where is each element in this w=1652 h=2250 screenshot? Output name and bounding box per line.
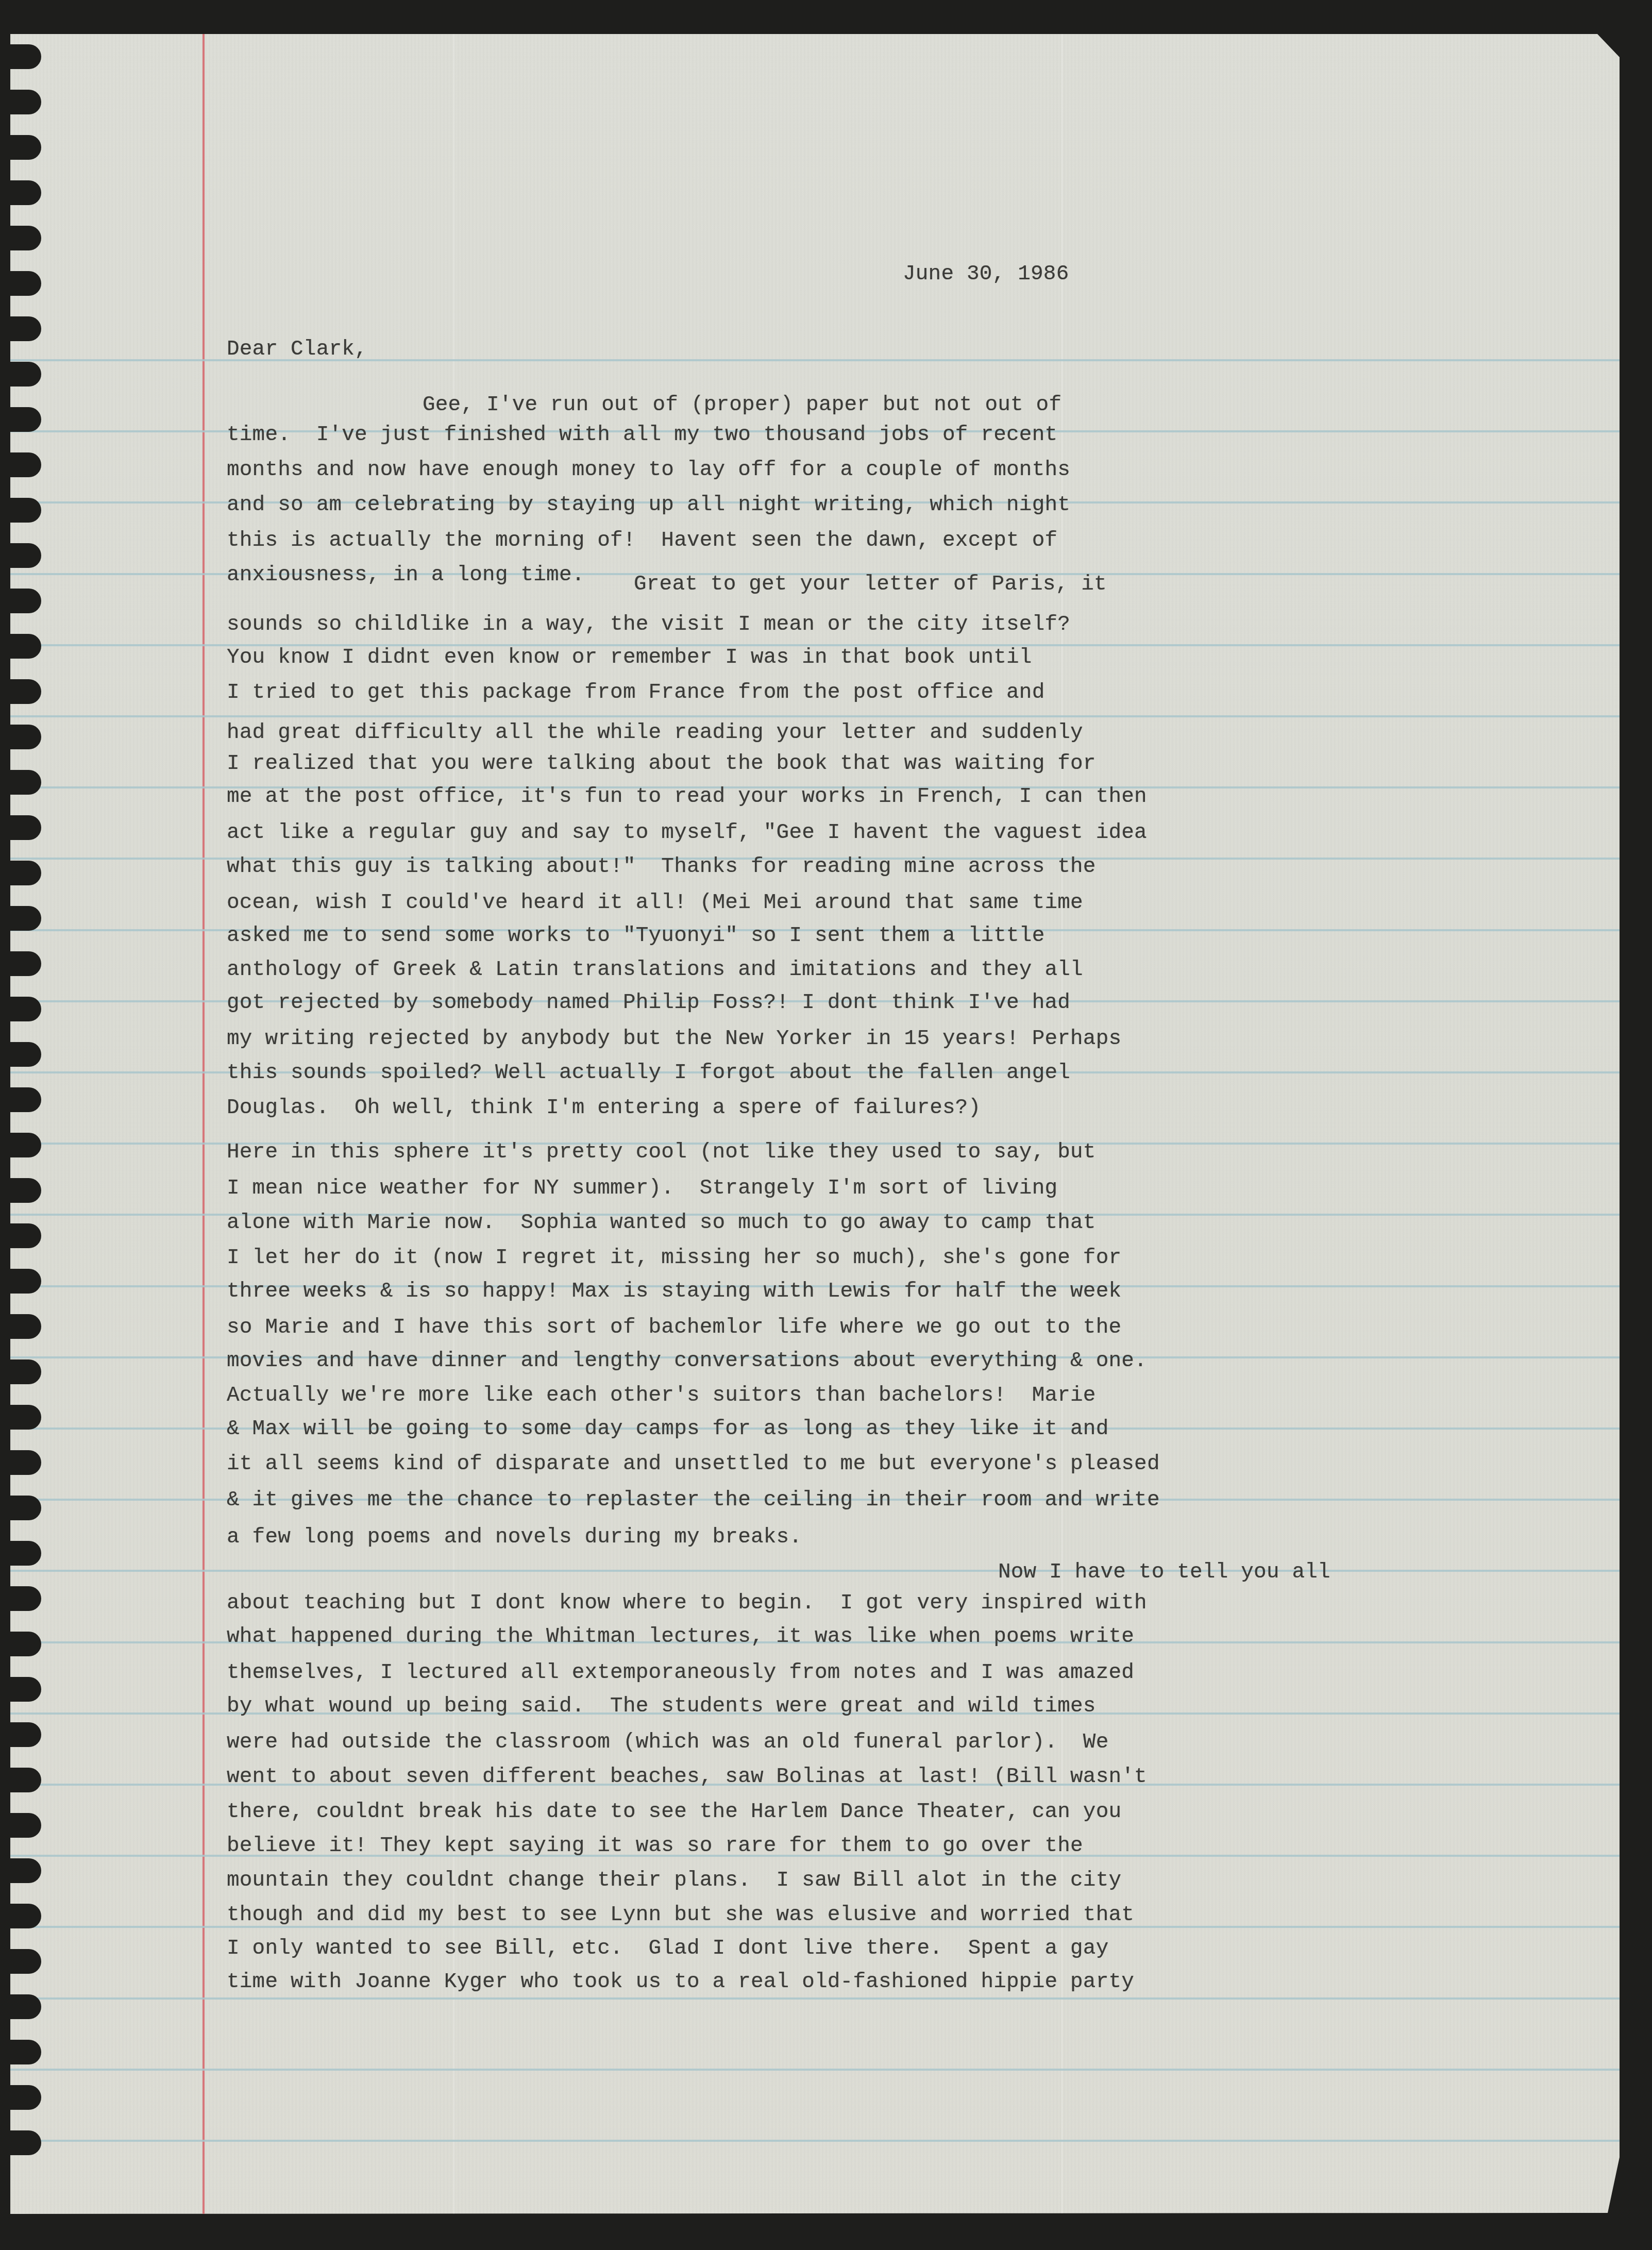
spiral-hole — [0, 543, 41, 568]
spiral-hole — [0, 1813, 41, 1838]
spiral-hole — [0, 1994, 41, 2019]
spiral-hole — [0, 1496, 41, 1520]
letter-line: I only wanted to see Bill, etc. Glad I d… — [227, 1936, 1108, 1961]
letter-line: movies and have dinner and lengthy conve… — [227, 1349, 1147, 1373]
letter-line: alone with Marie now. Sophia wanted so m… — [227, 1211, 1096, 1235]
letter-line: I mean nice weather for NY summer). Stra… — [227, 1176, 1057, 1201]
letter-line: I let her do it (now I regret it, missin… — [227, 1246, 1121, 1270]
blue-rule-line — [10, 2069, 1620, 2071]
letter-line: so Marie and I have this sort of bacheml… — [227, 1315, 1121, 1340]
spiral-hole — [0, 1269, 41, 1294]
spiral-hole — [0, 589, 41, 613]
spiral-hole — [0, 407, 41, 432]
letter-line: Gee, I've run out of (proper) paper but … — [423, 393, 1061, 417]
spiral-hole — [0, 770, 41, 795]
letter-line: by what wound up being said. The student… — [227, 1694, 1096, 1719]
letter-line: time with Joanne Kyger who took us to a … — [227, 1970, 1134, 1994]
spiral-hole — [0, 2085, 41, 2110]
letter-line: asked me to send some works to "Tyuonyi"… — [227, 923, 1044, 948]
spiral-hole — [0, 815, 41, 840]
spiral-hole — [0, 135, 41, 160]
spiral-hole — [0, 1133, 41, 1157]
spiral-hole — [0, 679, 41, 704]
letter-line: three weeks & is so happy! Max is stayin… — [227, 1279, 1121, 1304]
spiral-hole — [0, 1314, 41, 1339]
letter-line: Now I have to tell you all — [998, 1560, 1330, 1585]
spiral-hole — [0, 1223, 41, 1248]
spiral-hole — [0, 906, 41, 931]
spiral-hole — [0, 44, 41, 69]
letter-line: what happened during the Whitman lecture… — [227, 1624, 1134, 1649]
letter-line: were had outside the classroom (which wa… — [227, 1730, 1108, 1755]
letter-line: what this guy is talking about!" Thanks … — [227, 854, 1096, 879]
letter-line: You know I didnt even know or remember I… — [227, 645, 1032, 670]
spiral-hole — [0, 634, 41, 659]
letter-line: Actually we're more like each other's su… — [227, 1383, 1096, 1408]
letter-date: June 30, 1986 — [903, 262, 1069, 287]
letter-line: got rejected by somebody named Philip Fo… — [227, 990, 1070, 1015]
letter-line: I tried to get this package from France … — [227, 680, 1044, 705]
spiral-hole — [0, 1087, 41, 1112]
letter-line: anthology of Greek & Latin translations … — [227, 958, 1083, 982]
letter-line: ocean, wish I could've heard it all! (Me… — [227, 891, 1083, 915]
letter-line: & it gives me the chance to replaster th… — [227, 1488, 1160, 1513]
spiral-hole — [0, 1722, 41, 1747]
letter-line: anxiousness, in a long time. — [227, 563, 585, 587]
spiral-hole — [0, 1178, 41, 1203]
spiral-hole — [0, 861, 41, 885]
spiral-hole — [0, 997, 41, 1021]
letter-line: Here in this sphere it's pretty cool (no… — [227, 1140, 1096, 1165]
letter-line: act like a regular guy and say to myself… — [227, 820, 1147, 845]
blue-rule-line — [10, 1997, 1620, 2000]
spiral-hole — [0, 725, 41, 749]
spiral-hole — [0, 1949, 41, 1974]
spiral-hole — [0, 180, 41, 205]
blue-rule-line — [10, 1570, 1620, 1572]
spiral-hole — [0, 90, 41, 114]
letter-line: believe it! They kept saying it was so r… — [227, 1834, 1083, 1858]
letter-line: sounds so childlike in a way, the visit … — [227, 612, 1070, 637]
spiral-hole — [0, 452, 41, 477]
letter-line: months and now have enough money to lay … — [227, 458, 1070, 482]
spiral-hole — [0, 498, 41, 523]
letter-salutation: Dear Clark, — [227, 337, 367, 362]
blue-rule-line — [10, 715, 1620, 717]
letter-line: time. I've just finished with all my two… — [227, 423, 1057, 447]
spiral-hole — [0, 226, 41, 250]
letter-line: had great difficulty all the while readi… — [227, 720, 1083, 745]
blue-rule-line — [10, 2140, 1620, 2142]
letter-line: there, couldnt break his date to see the… — [227, 1800, 1121, 1824]
spiral-hole — [0, 1450, 41, 1475]
letter-line: & Max will be going to some day camps fo… — [227, 1417, 1108, 1441]
spiral-hole — [0, 1768, 41, 1792]
letter-line: went to about seven different beaches, s… — [227, 1765, 1147, 1789]
letter-line: about teaching but I dont know where to … — [227, 1591, 1147, 1616]
letter-line: though and did my best to see Lynn but s… — [227, 1903, 1134, 1927]
letter-line: Great to get your letter of Paris, it — [634, 572, 1107, 597]
letter-line: it all seems kind of disparate and unset… — [227, 1452, 1160, 1476]
letter-line: themselves, I lectured all extemporaneou… — [227, 1660, 1134, 1685]
spiral-hole — [0, 362, 41, 387]
spiral-hole — [0, 1677, 41, 1702]
spiral-hole — [0, 2040, 41, 2064]
letter-line: mountain they couldnt change their plans… — [227, 1868, 1121, 1893]
spiral-hole — [0, 1858, 41, 1883]
letter-line: this is actually the morning of! Havent … — [227, 528, 1057, 553]
spiral-hole — [0, 1632, 41, 1656]
spiral-hole — [0, 1405, 41, 1430]
letter-line: a few long poems and novels during my br… — [227, 1525, 802, 1550]
spiral-hole — [0, 2130, 41, 2155]
letter-line: my writing rejected by anybody but the N… — [227, 1027, 1121, 1051]
letter-line: and so am celebrating by staying up all … — [227, 493, 1070, 517]
letter-line: Douglas. Oh well, think I'm entering a s… — [227, 1096, 981, 1120]
spiral-hole — [0, 316, 41, 341]
spiral-hole — [0, 1904, 41, 1928]
spiral-hole — [0, 1586, 41, 1611]
letter-line: me at the post office, it's fun to read … — [227, 784, 1147, 809]
spiral-hole — [0, 1541, 41, 1566]
letter-line: this sounds spoiled? Well actually I for… — [227, 1061, 1070, 1085]
letter-line: I realized that you were talking about t… — [227, 751, 1096, 776]
spiral-hole — [0, 1042, 41, 1067]
spiral-hole — [0, 1359, 41, 1384]
spiral-hole — [0, 271, 41, 296]
spiral-hole — [0, 951, 41, 976]
